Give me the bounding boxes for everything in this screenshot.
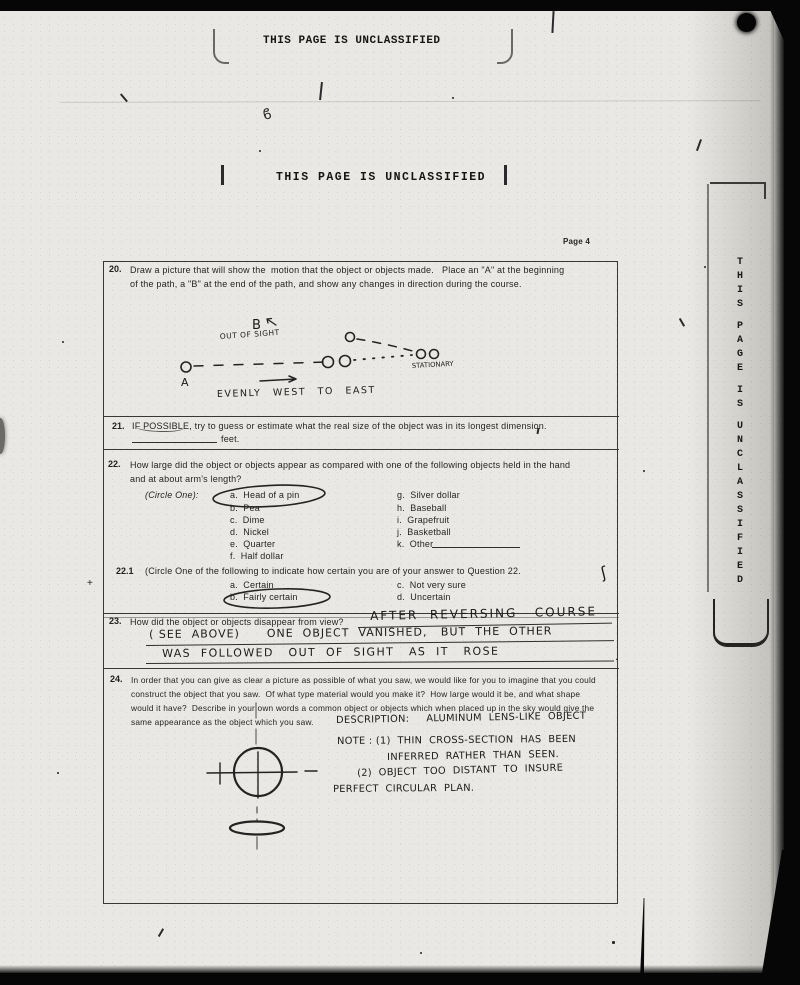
scan-speck [62,341,64,343]
scan-speck [612,941,615,944]
scan-scratch [158,928,164,937]
q23-text: How did the object or objects disappear … [130,617,344,627]
section-divider [103,449,619,450]
pen-ellipse [224,587,331,610]
q23-answer-period: . [615,650,619,663]
tab-bottom-edge [713,599,769,647]
q24-object-sketch [185,695,335,860]
sketch-object-circle [323,357,334,368]
unclassified-stamp-middle: THIS PAGE IS UNCLASSIFIED [276,171,486,184]
scan-speck [704,266,706,268]
q20-text-line2: of the path, a "B" at the end of the pat… [130,279,522,289]
unclassified-stamp-vertical: THISPAGEISUNCLASSIFIED [731,256,749,588]
q22-1-option-d: d. Uncertain [397,592,451,602]
scan-tick-mark [504,165,507,185]
sketch-label-a: A [181,376,189,389]
tab-left-edge [707,184,709,592]
q22-other-blank [432,547,520,548]
q22-option-g: g. Silver dollar [397,490,460,500]
q21-answer-blank [132,442,217,443]
scan-bracket-mark [497,29,513,64]
q22-option-j: j. Basketball [397,527,451,537]
section-divider [103,416,619,417]
q22-option-c: c. Dime [230,515,265,525]
scan-edge-top [0,0,800,11]
q21-number: 21. [112,421,125,431]
sketch-object-circle [417,350,426,359]
scan-speck [259,150,261,152]
q23-number: 23. [109,616,122,626]
sketch-stationary-label: STATIONARY [412,360,455,370]
scan-scratch [679,318,685,327]
q20-text-line1: Draw a picture that will show the motion… [130,265,564,275]
page-number: Page 4 [563,237,590,246]
scan-speck [420,952,422,954]
scan-speck [452,97,454,99]
scanned-document-page: THIS PAGE IS UNCLASSIFIED THIS PAGE IS U… [0,0,800,985]
scan-scratch [319,82,322,100]
tab-top-edge [710,182,766,199]
scan-edge-right [784,0,800,985]
sketch-side-view-ellipse [230,822,284,835]
sketch-dotted-path [354,355,412,360]
q22-text-line1: How large did the object or objects appe… [130,460,570,470]
q22-option-h: h. Baseball [397,503,446,513]
sketch-object-circle [346,333,355,342]
q20-motion-sketch: B OUT OF SIGHT STATIONARY A EVENLY WEST … [160,303,490,408]
scan-scratch [696,139,702,151]
crease-line [60,100,760,103]
q21-text: IF POSSIBLE, try to guess or estimate wh… [132,421,547,431]
sketch-object-circle [340,356,351,367]
q21-feet-label: feet. [221,434,240,444]
q24-handwritten-note1: NOTE : (1) THIN CROSS-SECTION HAS BEEN [337,734,576,747]
q24-text-line1: In order that you can give as clear a pi… [131,675,596,685]
sketch-direction-arrow [260,376,296,382]
q24-handwritten-note2b: PERFECT CIRCULAR PLAN. [333,783,474,795]
q24-number: 24. [110,674,123,684]
section-divider [103,668,619,669]
q20-number: 20. [109,264,122,274]
q23-handwritten-answer-line3: WAS FOLLOWED OUT OF SIGHT AS IT ROSE [162,645,499,660]
sketch-object-circle [430,350,439,359]
sketch-out-of-sight-label: OUT OF SIGHT [220,328,280,341]
scan-tick-mark [221,165,224,185]
q22-1-number: 22.1 [116,566,134,576]
scan-edge-right-fade [770,0,785,985]
q22-number: 22. [108,459,121,469]
q22-option-e: e. Quarter [230,539,275,549]
q22-option-k: k. Other [397,539,433,549]
q22-option-f: f. Half dollar [230,551,284,561]
scan-plus-mark: + [87,578,93,589]
scan-bracket-mark [213,29,229,64]
sketch-b-arrow [267,319,276,326]
sketch-dashed-path [357,339,416,352]
q22-1-answer-circle [219,586,341,611]
q22-option-d: d. Nickel [230,527,269,537]
scan-edge-bottom [0,973,800,985]
sketch-dashed-path [194,362,328,366]
scan-blob-artifact [737,13,756,32]
sketch-caption: EVENLY WEST TO EAST [217,385,376,400]
scan-speck [643,470,645,472]
sketch-object-circle [181,362,191,372]
q22-1-text: (Circle One of the following to indicate… [145,566,521,576]
unclassified-stamp-top: THIS PAGE IS UNCLASSIFIED [263,35,441,47]
pen-squiggle-artifact: ϐ [261,105,273,123]
q22-circle-one-label: (Circle One): [145,490,199,500]
left-edge-smudge [0,418,5,454]
q22-1-option-c: c. Not very sure [397,580,466,590]
scan-speck [57,772,59,774]
q22-option-i: i. Grapefruit [397,515,449,525]
pen-ellipse [213,483,326,510]
q22-answer-circle [207,481,337,511]
scan-scratch [551,11,554,33]
